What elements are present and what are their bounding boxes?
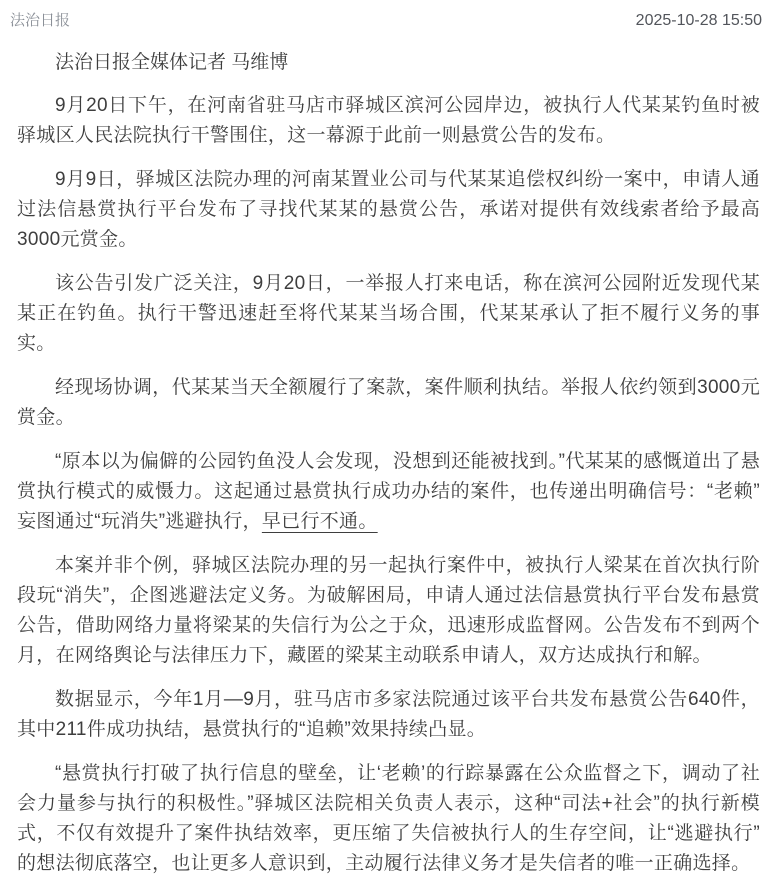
paragraph-text-run: 9月20日下午，在河南省驻马店市驿城区滨河公园岸边，被执行人代某某钓鱼时被驿城区…	[17, 95, 760, 146]
article-paragraph: 经现场协调，代某某当天全额履行了案款，案件顺利执结。举报人依约领到3000元赏金…	[17, 373, 760, 433]
article-paragraph: 9月20日下午，在河南省驻马店市驿城区滨河公园岸边，被执行人代某某钓鱼时被驿城区…	[17, 91, 760, 151]
article-paragraph: 9月9日，驿城区法院办理的河南某置业公司与代某某追偿权纠纷一案中，申请人通过法信…	[17, 165, 760, 255]
reporter-byline: 法治日报全媒体记者 马维博	[17, 51, 760, 75]
article-body: 法治日报全媒体记者 马维博 9月20日下午，在河南省驻马店市驿城区滨河公园岸边，…	[0, 30, 772, 887]
paragraph-text-run: “原本以为偏僻的公园钓鱼没人会发现，没想到还能被找到。”代某某的感慨道出了悬赏执…	[17, 451, 760, 532]
article-paragraph: “原本以为偏僻的公园钓鱼没人会发现，没想到还能被找到。”代某某的感慨道出了悬赏执…	[17, 447, 760, 537]
publish-timestamp: 2025-10-28 15:50	[636, 12, 762, 30]
paragraph-text-run: 经现场协调，代某某当天全额履行了案款，案件顺利执结。举报人依约领到3000元赏金…	[17, 377, 760, 428]
article-paragraph: 该公告引发广泛关注，9月20日，一举报人打来电话，称在滨河公园附近发现代某某正在…	[17, 269, 760, 359]
article-paragraph: 本案并非个例，驿城区法院办理的另一起执行案件中，被执行人梁某在首次执行阶段玩“消…	[17, 551, 760, 671]
underlined-text-run: 早已行不通。	[262, 511, 378, 532]
article-paragraph: 数据显示，今年1月—9月，驻马店市多家法院通过该平台共发布悬赏公告640件，其中…	[17, 685, 760, 745]
paragraph-text-run: 数据显示，今年1月—9月，驻马店市多家法院通过该平台共发布悬赏公告640件，其中…	[17, 689, 760, 740]
paragraph-text-run: 本案并非个例，驿城区法院办理的另一起执行案件中，被执行人梁某在首次执行阶段玩“消…	[17, 555, 760, 666]
article-page: 法治日报 2025-10-28 15:50 法治日报全媒体记者 马维博 9月20…	[0, 0, 772, 887]
publisher-name[interactable]: 法治日报	[10, 9, 70, 30]
paragraph-text-run: 该公告引发广泛关注，9月20日，一举报人打来电话，称在滨河公园附近发现代某某正在…	[17, 273, 760, 354]
paragraph-container: 9月20日下午，在河南省驻马店市驿城区滨河公园岸边，被执行人代某某钓鱼时被驿城区…	[17, 91, 760, 879]
article-header: 法治日报 2025-10-28 15:50	[0, 0, 772, 30]
paragraph-text-run: “悬赏执行打破了执行信息的壁垒，让‘老赖’的行踪暴露在公众监督之下，调动了社会力…	[17, 763, 760, 874]
article-paragraph: “悬赏执行打破了执行信息的壁垒，让‘老赖’的行踪暴露在公众监督之下，调动了社会力…	[17, 759, 760, 879]
paragraph-text-run: 9月9日，驿城区法院办理的河南某置业公司与代某某追偿权纠纷一案中，申请人通过法信…	[17, 169, 760, 250]
